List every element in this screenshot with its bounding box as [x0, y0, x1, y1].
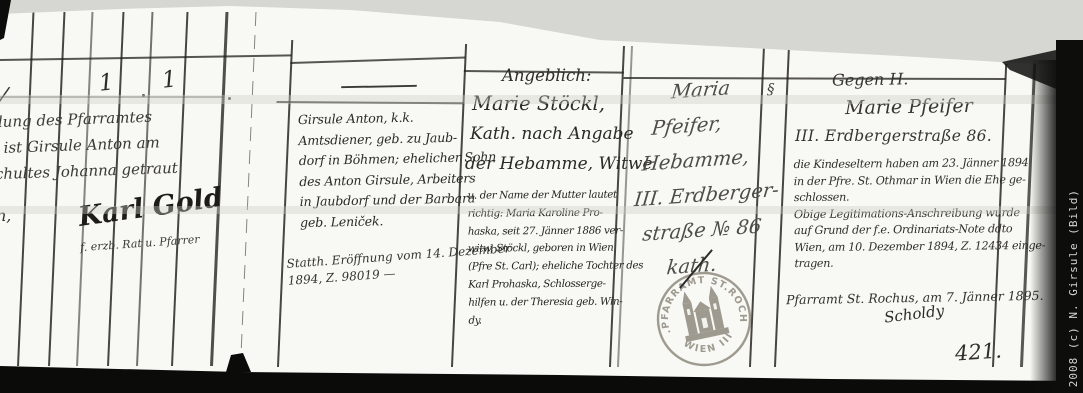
legitimation-body-line: in der Pfre. St. Othmar in Wien die Ehe … [794, 171, 1045, 190]
legitimation-address: III. Erdbergerstraße 86. [795, 127, 992, 145]
legitimation-name: Marie Pfeifer [845, 95, 973, 119]
scan-right-strip: 2008 (c) N. Girsule (Bild) [1056, 40, 1083, 393]
mother-name-line: der Hebamme, Witwe [465, 154, 653, 174]
mother-correction-line: haska, seit 27. Jänner 1886 ver- [468, 222, 643, 241]
mother-correction-line: Karl Prohaska, Schlosserge- [468, 275, 643, 294]
mother-correction-line: witw. Stöckl, geboren in Wien [468, 240, 643, 259]
section-mark: § [767, 80, 775, 98]
mother-correction-note: u. der Name der Mutter lautet richtig: M… [468, 186, 644, 330]
margin-annotation: ilung des Pfarramtes l ist Girsule Anton… [0, 103, 178, 187]
page-number: 421. [954, 338, 1002, 365]
church-icon [676, 284, 729, 342]
mother-correction-line: richtig: Maria Karoline Pro- [468, 204, 643, 223]
mother-name-line: Marie Stöckl, [472, 92, 605, 115]
mother-correction-line: hilfen u. der Theresia geb. Win- [468, 293, 643, 312]
mother-header: Angeblich: [502, 66, 591, 85]
ink-speck [228, 97, 231, 100]
legitimation-body-line: Wien, am 10. Dezember 1894, Z. 12434 ein… [794, 237, 1045, 256]
margin-cut-word: n, [0, 206, 11, 225]
ink-speck [142, 94, 145, 97]
scanned-register-page: / 1 1 ilung des Pfarramtes l ist Girsule… [0, 0, 1083, 393]
legitimation-body: die Kindeseltern haben am 23. Jänner 189… [794, 155, 1046, 273]
legitimation-body-line: die Kindeseltern haben am 23. Jänner 189… [794, 155, 1045, 174]
mother-name-line: Kath. nach Angabe [470, 124, 634, 144]
ditto-dash-mark: ——— [340, 67, 416, 101]
copyright-watermark: 2008 (c) N. Girsule (Bild) [1067, 189, 1080, 387]
mother-correction-line: dy. [468, 311, 643, 330]
mother-correction-line: u. der Name der Mutter lautet [468, 186, 643, 205]
legitimation-heading: Gegen H. [832, 69, 909, 89]
margin-tally-mark: 1 [161, 66, 178, 93]
mother-correction-line: (Pfre St. Carl); eheliche Tochter des [468, 258, 643, 277]
margin-tally-mark: 1 [98, 69, 115, 96]
legitimation-body-line: tragen. [794, 254, 1045, 273]
page-edge-shadow [1030, 60, 1058, 393]
parish-stamp: R.K.PFARRAMT ST.ROCHUS WIEN III [645, 270, 763, 368]
legitimation-body-line: auf Grund der f.e. Ordinariats-Note ddto [794, 221, 1045, 240]
